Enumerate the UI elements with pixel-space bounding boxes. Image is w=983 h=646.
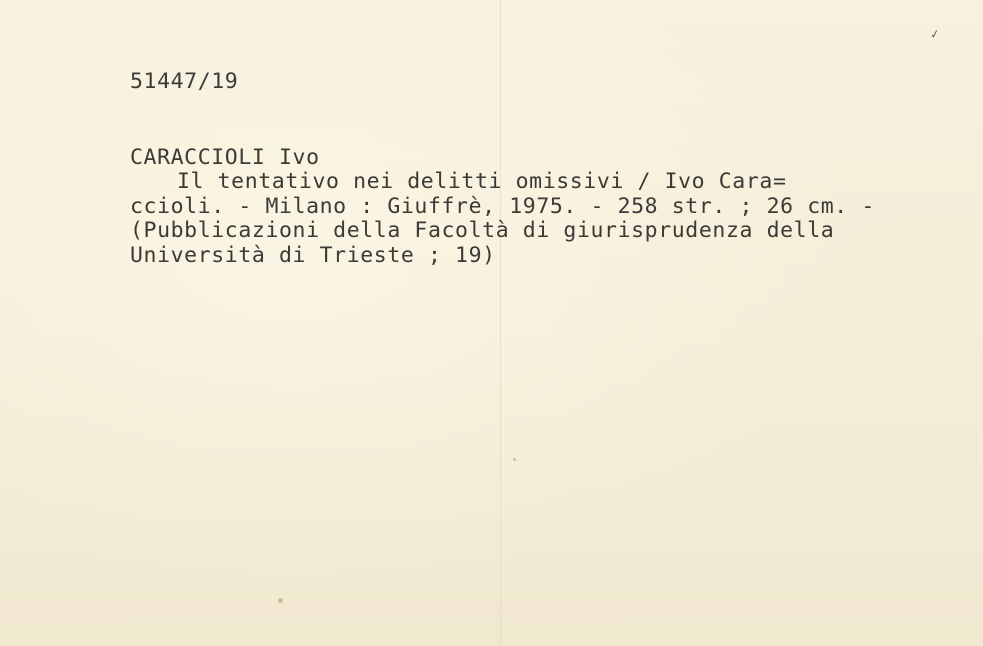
card-fold-line [500,0,501,646]
check-mark-icon: ✓ [929,26,941,42]
catalog-card: ✓ 51447/19 CARACCIOLI Ivo Il tentativo n… [0,0,983,646]
call-number: 51447/19 [130,68,238,96]
series-line-2: Università di Trieste ; 19) [130,242,496,270]
title-line: Il tentativo nei delitti omissivi / Ivo … [177,168,786,196]
paper-spot [278,598,283,603]
paper-spot [513,458,516,461]
series-line: (Pubblicazioni della Facoltà di giurispr… [130,217,834,245]
